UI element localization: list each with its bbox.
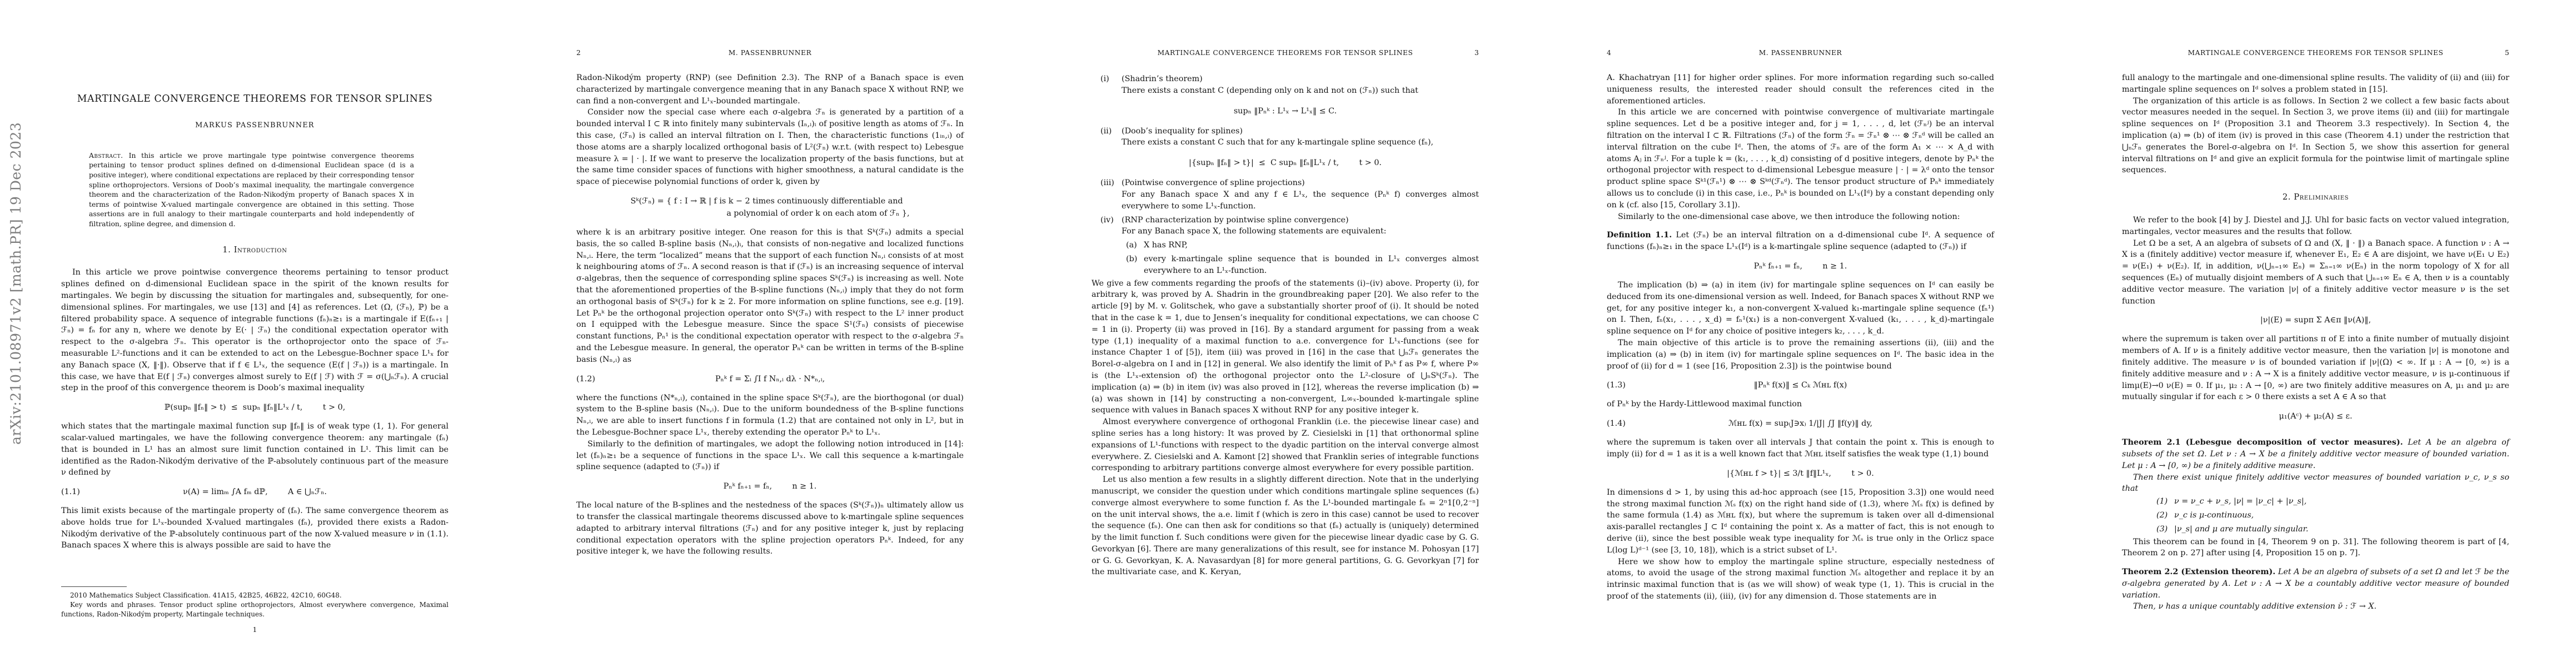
theorem-head: Theorem 2.2 [2122, 568, 2178, 576]
display-equation: (1.1)ν(A) = limₘ ∫A fₘ dℙ, A ∈ ⋃ₙℱₙ. [61, 486, 449, 498]
display-equation: Pₙᵏ fₙ₊₁ = fₙ, n ≥ 1. [576, 480, 964, 492]
equation-body: Pₙᵏ f = Σᵢ ∫I f Nₙ,ᵢ dλ · N*ₙ,ᵢ, [715, 373, 825, 385]
item-body: (Shadrin’s theorem)There exists a consta… [1122, 73, 1479, 97]
equation-body: Pₙᵏ fₙ₊₁ = fₙ, n ≥ 1. [1754, 260, 1847, 272]
item-text: ν_c is μ-continuous, [2174, 510, 2509, 521]
item-text: X has RNP, [1144, 240, 1479, 251]
equation-tag: (1.4) [1607, 417, 1626, 430]
item-label: (a) [1126, 240, 1144, 251]
equation-body: |{supₙ ‖fₙ‖ > t}| ≤ C supₙ ‖fₙ‖L¹ₓ / t, … [1189, 157, 1382, 169]
item-body: |ν_s| and μ are mutually singular. [2174, 524, 2509, 535]
paragraph: Here we show how to employ the martingal… [1607, 556, 1994, 603]
item-label: (iii) [1100, 177, 1122, 212]
running-head: M. PASSENBRUNNER [601, 49, 939, 57]
footnote-block: 2010 Mathematics Subject Classification.… [61, 586, 449, 619]
equation-body: |{ℳʜʟ f > t}| ≤ 3/t ‖f‖L¹ₓ, t > 0. [1727, 467, 1874, 480]
paragraph: where k is an arbitrary positive integer… [576, 227, 964, 366]
footnote-rule [61, 586, 127, 587]
paragraph: We give a few comments regarding the pro… [1092, 278, 1479, 417]
running-head: M. PASSENBRUNNER [1631, 49, 1970, 57]
theorem-head: Theorem 2.1 [2122, 438, 2181, 447]
paragraph: The organization of this article is as f… [2122, 96, 2509, 177]
equation-body: μ₁(Aᶜ) + μ₂(A) ≤ ε. [2279, 410, 2352, 422]
item-label: (i) [1100, 73, 1122, 97]
page-2: 2M. PASSENBRUNNERRadon-Nikodým property … [515, 0, 1030, 667]
item-text: There exists a constant C such that for … [1122, 137, 1479, 148]
display-equation: |ν|(E) = supπ Σ A∈π ‖ν(A)‖, [2122, 314, 2509, 326]
item-label: (2) [2156, 510, 2174, 521]
paragraph: A. Khachatryan [11] for higher order spl… [1607, 72, 1994, 107]
footnote-line: 2010 Mathematics Subject Classification.… [61, 591, 449, 600]
page-header-number-left: 2 [576, 49, 601, 57]
paragraph: In this article we are concerned with po… [1607, 107, 1994, 211]
paragraph: Let Ω be a set, A an algebra of subsets … [2122, 238, 2509, 307]
page-header: 4M. PASSENBRUNNER [1607, 49, 1994, 57]
item-label: (b) [1126, 253, 1144, 277]
display-equation: μ₁(Aᶜ) + μ₂(A) ≤ ε. [2122, 410, 2509, 422]
page-number: 1 [61, 624, 449, 636]
paragraph: The implication (b) ⇒ (a) in item (iv) f… [1607, 280, 1994, 337]
display-equation: supₙ ‖Pₙᵏ : L¹ₓ → L¹ₓ‖ ≤ C. [1092, 105, 1479, 117]
theorem-block: Theorem 2.2 (Extension theorem). Let A b… [2122, 566, 2509, 601]
page-header-number-right: 3 [1454, 49, 1479, 57]
item-body: every k-martingale spline sequence that … [1144, 253, 1479, 277]
equation-body: ν(A) = limₘ ∫A fₘ dℙ, A ∈ ⋃ₙℱₙ. [183, 486, 327, 498]
abstract-label: Abstract. [89, 151, 129, 160]
list-item: (b)every k-martingale spline sequence th… [1126, 253, 1479, 277]
theorem-note: (Extension theorem). [2178, 568, 2275, 576]
paragraph: This theorem can be found in [4, Theorem… [2122, 536, 2509, 560]
footnote-line: Key words and phrases. Tensor product sp… [61, 600, 449, 619]
running-head: MARTINGALE CONVERGENCE THEOREMS FOR TENS… [2146, 49, 2485, 57]
theorem-block: Definition 1.1. Let (ℱₙ) be an interval … [1607, 230, 1994, 253]
paragraph: Radon-Nikodým property (RNP) (see Defini… [576, 72, 964, 107]
display-equation: Pₙᵏ fₙ₊₁ = fₙ, n ≥ 1. [1607, 260, 1994, 272]
page-4: 4M. PASSENBRUNNERA. Khachatryan [11] for… [1546, 0, 2061, 667]
item-body: X has RNP, [1144, 240, 1479, 251]
paragraph: of Pₙᵏ by the Hardy-Littlewood maximal f… [1607, 399, 1994, 410]
item-text: |ν_s| and μ are mutually singular. [2174, 524, 2509, 535]
paragraph: In dimensions d > 1, by using this ad-ho… [1607, 487, 1994, 556]
item-body: (RNP characterization by pointwise splin… [1122, 215, 1479, 238]
paragraph: where the supremum is taken over all par… [2122, 333, 2509, 403]
paragraph: Similarly to the definition of martingal… [576, 439, 964, 473]
paragraph: Then there exist unique finitely additiv… [2122, 472, 2509, 495]
page-3: MARTINGALE CONVERGENCE THEOREMS FOR TENS… [1030, 0, 1546, 667]
paragraph: which states that the martingale maximal… [61, 421, 449, 479]
paragraph: This limit exists because of the marting… [61, 505, 449, 551]
display-equation: |{ℳʜʟ f > t}| ≤ 3/t ‖f‖L¹ₓ, t > 0. [1607, 467, 1994, 480]
item-text: ν = ν_c + ν_s, |ν| = |ν_c| + |ν_s|, [2174, 496, 2509, 507]
item-text: There exists a constant C (depending onl… [1122, 85, 1479, 97]
equation-body: Pₙᵏ fₙ₊₁ = fₙ, n ≥ 1. [724, 480, 817, 492]
list-item: (a)X has RNP, [1126, 240, 1479, 251]
display-equation: (1.3)‖Pₙᵏ f(x)‖ ≤ Cₖ ℳʜʟ f(x) [1607, 379, 1994, 391]
equation-tag: (1.2) [576, 373, 595, 385]
page-1: MARTINGALE CONVERGENCE THEOREMS FOR TENS… [0, 0, 515, 667]
paper-author: MARKUS PASSENBRUNNER [61, 120, 449, 132]
page-header: MARTINGALE CONVERGENCE THEOREMS FOR TENS… [1092, 49, 1479, 57]
paragraph: In this article we prove pointwise conve… [61, 267, 449, 394]
item-body: ν_c is μ-continuous, [2174, 510, 2509, 521]
page-header-number-left: 4 [1607, 49, 1631, 57]
list-item: (ii)(Doob’s inequality for splines)There… [1100, 126, 1479, 149]
list-item: (iii)(Pointwise convergence of spline pr… [1100, 177, 1479, 212]
item-head: (Pointwise convergence of spline project… [1122, 177, 1479, 189]
page-header-number-right: 5 [2485, 49, 2509, 57]
item-label: (ii) [1100, 126, 1122, 149]
page-header: MARTINGALE CONVERGENCE THEOREMS FOR TENS… [2122, 49, 2509, 57]
theorem-block: Theorem 2.1 (Lebesgue decomposition of v… [2122, 437, 2509, 471]
section-heading: 2. Preliminaries [2122, 192, 2509, 203]
display-equation: (1.2)Pₙᵏ f = Σᵢ ∫I f Nₙ,ᵢ dλ · N*ₙ,ᵢ, [576, 373, 964, 385]
display-equation: Sᵏ(ℱₙ) = { f : I → ℝ | f is k − 2 times … [576, 195, 964, 220]
display-equation: |{supₙ ‖fₙ‖ > t}| ≤ C supₙ ‖fₙ‖L¹ₓ / t, … [1092, 157, 1479, 169]
paragraph: Then, ν has a unique countably additive … [2122, 601, 2509, 613]
list-item: (iv)(RNP characterization by pointwise s… [1100, 215, 1479, 238]
item-body: (Doob’s inequality for splines)There exi… [1122, 126, 1479, 149]
item-head: (Doob’s inequality for splines) [1122, 126, 1479, 137]
equation-body: Sᵏ(ℱₙ) = { f : I → ℝ | f is k − 2 times … [631, 195, 910, 220]
paper-title: MARTINGALE CONVERGENCE THEOREMS FOR TENS… [61, 92, 449, 106]
equation-body: supₙ ‖Pₙᵏ : L¹ₓ → L¹ₓ‖ ≤ C. [1234, 105, 1337, 117]
item-body: ν = ν_c + ν_s, |ν| = |ν_c| + |ν_s|, [2174, 496, 2509, 507]
equation-body: ℙ(supₙ ‖fₙ‖ > t) ≤ supₙ ‖fₙ‖L¹ₓ / t, t >… [165, 401, 346, 414]
document-canvas: arXiv:2101.08971v2 [math.PR] 19 Dec 2023… [0, 0, 2576, 667]
display-equation: ℙ(supₙ ‖fₙ‖ > t) ≤ supₙ ‖fₙ‖L¹ₓ / t, t >… [61, 401, 449, 414]
list-item: (3)|ν_s| and μ are mutually singular. [2156, 524, 2509, 535]
item-text: every k-martingale spline sequence that … [1144, 253, 1479, 277]
display-equation: (1.4)ℳʜʟ f(x) = sup₍J∋x₎ 1/|J| ∫J ‖f(y)‖… [1607, 417, 1994, 430]
item-label: (iv) [1100, 215, 1122, 238]
item-label: (3) [2156, 524, 2174, 535]
abstract-text: In this article we prove martingale type… [89, 151, 414, 228]
item-head: (Shadrin’s theorem) [1122, 73, 1479, 85]
equation-body: |ν|(E) = supπ Σ A∈π ‖ν(A)‖, [2260, 314, 2371, 326]
list-item: (2)ν_c is μ-continuous, [2156, 510, 2509, 521]
paragraph: full analogy to the martingale and one-d… [2122, 72, 2509, 96]
theorem-note: (Lebesgue decomposition of vector measur… [2181, 438, 2403, 447]
paragraph: We refer to the book [4] by J. Diestel a… [2122, 215, 2509, 238]
item-head: (RNP characterization by pointwise splin… [1122, 215, 1479, 226]
paragraph: Almost everywhere convergence of orthogo… [1092, 416, 1479, 474]
list-item: (1)ν = ν_c + ν_s, |ν| = |ν_c| + |ν_s|, [2156, 496, 2509, 507]
paragraph: Consider now the special case where each… [576, 107, 964, 188]
equation-body: ‖Pₙᵏ f(x)‖ ≤ Cₖ ℳʜʟ f(x) [1754, 379, 1847, 391]
item-text: For any Banach space X and any f ∈ L¹ₓ, … [1122, 189, 1479, 212]
paragraph: where the functions (N*ₙ,ᵢ), contained i… [576, 392, 964, 439]
paragraph: Let us also mention a few results in a s… [1092, 474, 1479, 578]
equation-tag: (1.1) [61, 486, 80, 498]
item-body: (Pointwise convergence of spline project… [1122, 177, 1479, 212]
equation-body: ℳʜʟ f(x) = sup₍J∋x₎ 1/|J| ∫J ‖f(y)‖ dy, [1728, 417, 1872, 430]
equation-tag: (1.3) [1607, 379, 1626, 391]
paragraph: The local nature of the B-splines and th… [576, 500, 964, 558]
item-text: For any Banach space X, the following st… [1122, 226, 1479, 237]
paragraph: Similarly to the one-dimensional case ab… [1607, 211, 1994, 223]
page-5: MARTINGALE CONVERGENCE THEOREMS FOR TENS… [2061, 0, 2576, 667]
item-label: (1) [2156, 496, 2174, 507]
paragraph: where the supremum is taken over all int… [1607, 437, 1994, 460]
running-head: MARTINGALE CONVERGENCE THEOREMS FOR TENS… [1116, 49, 1454, 57]
theorem-head: Definition 1.1. [1607, 231, 1672, 240]
paper-abstract: Abstract. In this article we prove marti… [89, 151, 414, 229]
section-heading: 1. Introduction [61, 245, 449, 256]
paragraph: The main objective of this article is to… [1607, 337, 1994, 372]
page-header: 2M. PASSENBRUNNER [576, 49, 964, 57]
list-item: (i)(Shadrin’s theorem)There exists a con… [1100, 73, 1479, 97]
